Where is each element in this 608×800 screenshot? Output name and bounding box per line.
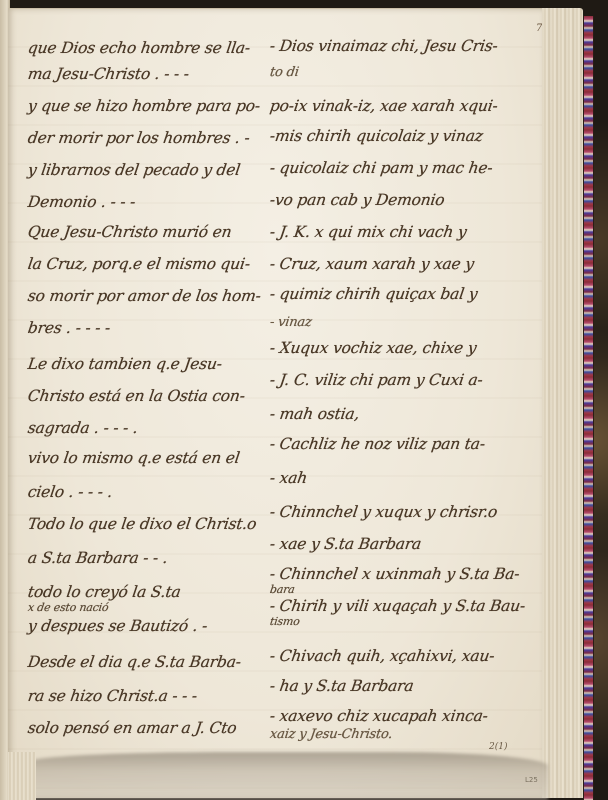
maya-text-line: - J. C. viliz chi pam y Cuxi a- [269, 371, 484, 389]
bottom-page-stack [8, 752, 36, 800]
maya-text-line: -vo pan cab y Demonio [269, 191, 446, 209]
spanish-text-line: Le dixo tambien q.e Jesu- [27, 355, 223, 373]
spanish-text-line: so morir por amor de los hom- [27, 287, 262, 305]
water-stain [28, 752, 548, 800]
maya-text-line: - Chivach quih, xçahixvi, xau- [269, 647, 496, 665]
spanish-text-line: Demonio . - - - [27, 193, 137, 211]
spanish-text-line: la Cruz, porq.e el mismo qui- [27, 255, 251, 273]
spanish-text-line: vivo lo mismo q.e está en el [27, 449, 241, 467]
maya-text-line: - ha y S.ta Barbara [269, 677, 415, 695]
maya-text-line: - Chirih y vili xuqaçah y S.ta Bau- [269, 597, 527, 615]
maya-text-line: - xaxevo chiz xucapah xinca- [269, 707, 489, 725]
spanish-text-line: Que Jesu-Christo murió en [27, 223, 233, 241]
page-stack-edge [535, 8, 583, 798]
spanish-text-line: solo pensó en amar a J. Cto [27, 719, 238, 737]
spanish-text-line: sagrada . - - - . [27, 419, 139, 437]
spanish-text-line: y que se hizo hombre para po- [27, 97, 262, 115]
spanish-text-line: todo lo creyó la S.ta [27, 583, 182, 601]
maya-text-line: - Cruz, xaum xarah y xae y [269, 255, 475, 273]
spanish-text-line: x de esto nació [27, 601, 109, 614]
spanish-text-line: ma Jesu-Christo . - - - [27, 65, 190, 83]
maya-text-line: - mah ostia, [269, 405, 361, 423]
spanish-text-line: que Dios echo hombre se lla- [27, 39, 252, 57]
spanish-text-line: y despues se Bautizó . - [27, 617, 209, 635]
maya-text-line: - vinaz [269, 315, 313, 330]
maya-text-line: - Chinnchel x uxinmah y S.ta Ba- [269, 565, 521, 583]
spanish-text-line: Todo lo que le dixo el Christ.o [27, 515, 258, 533]
folio-number: 74 [536, 23, 542, 34]
maya-text-line: - xah [269, 469, 309, 487]
maya-text-line: - Cachliz he noz viliz pan ta- [269, 435, 486, 453]
maya-text-line: tismo [269, 615, 300, 628]
maya-text-line: - Chinnchel y xuqux y chrisr.o [269, 503, 499, 521]
spanish-text-line: cielo . - - - . [27, 483, 114, 501]
maya-text-line: - Dios vinaimaz chi, Jesu Cris- [269, 37, 499, 55]
maya-text-line: - J. K. x qui mix chi vach y [269, 223, 468, 241]
maya-text-line: bara [269, 583, 295, 596]
maya-text-line: -mis chirih quicolaiz y vinaz [269, 127, 484, 145]
spanish-text-line: bres . - - - - [27, 319, 112, 337]
page-tally: 2(1) [489, 742, 507, 752]
spanish-text-line: der morir por los hombres . - [27, 129, 251, 147]
maya-text-line: to di [269, 65, 300, 80]
maya-text-line: - quimiz chirih quiçax bal y [269, 285, 479, 303]
manuscript-page: 74 que Dios echo hombre se lla-ma Jesu-C… [8, 8, 542, 798]
spanish-text-line: Christo está en la Ostia con- [27, 387, 246, 405]
spanish-text-line: a S.ta Barbara - - . [27, 549, 169, 567]
catalog-mark: L25 [525, 776, 538, 784]
maya-text-line: po-ix vinak-iz, xae xarah xqui- [269, 97, 499, 115]
maya-text-line: - quicolaiz chi pam y mac he- [269, 159, 494, 177]
spanish-text-line: Desde el dia q.e S.ta Barba- [27, 653, 242, 671]
maya-text-line: xaiz y Jesu-Christo. [269, 727, 393, 742]
maya-text-line: - Xuqux vochiz xae, chixe y [269, 339, 478, 357]
maya-text-line: - xae y S.ta Barbara [269, 535, 423, 553]
spanish-text-line: ra se hizo Christ.a - - - [27, 687, 199, 705]
spanish-text-line: y librarnos del pecado y del [27, 161, 242, 179]
marbled-page-edge [583, 16, 594, 800]
